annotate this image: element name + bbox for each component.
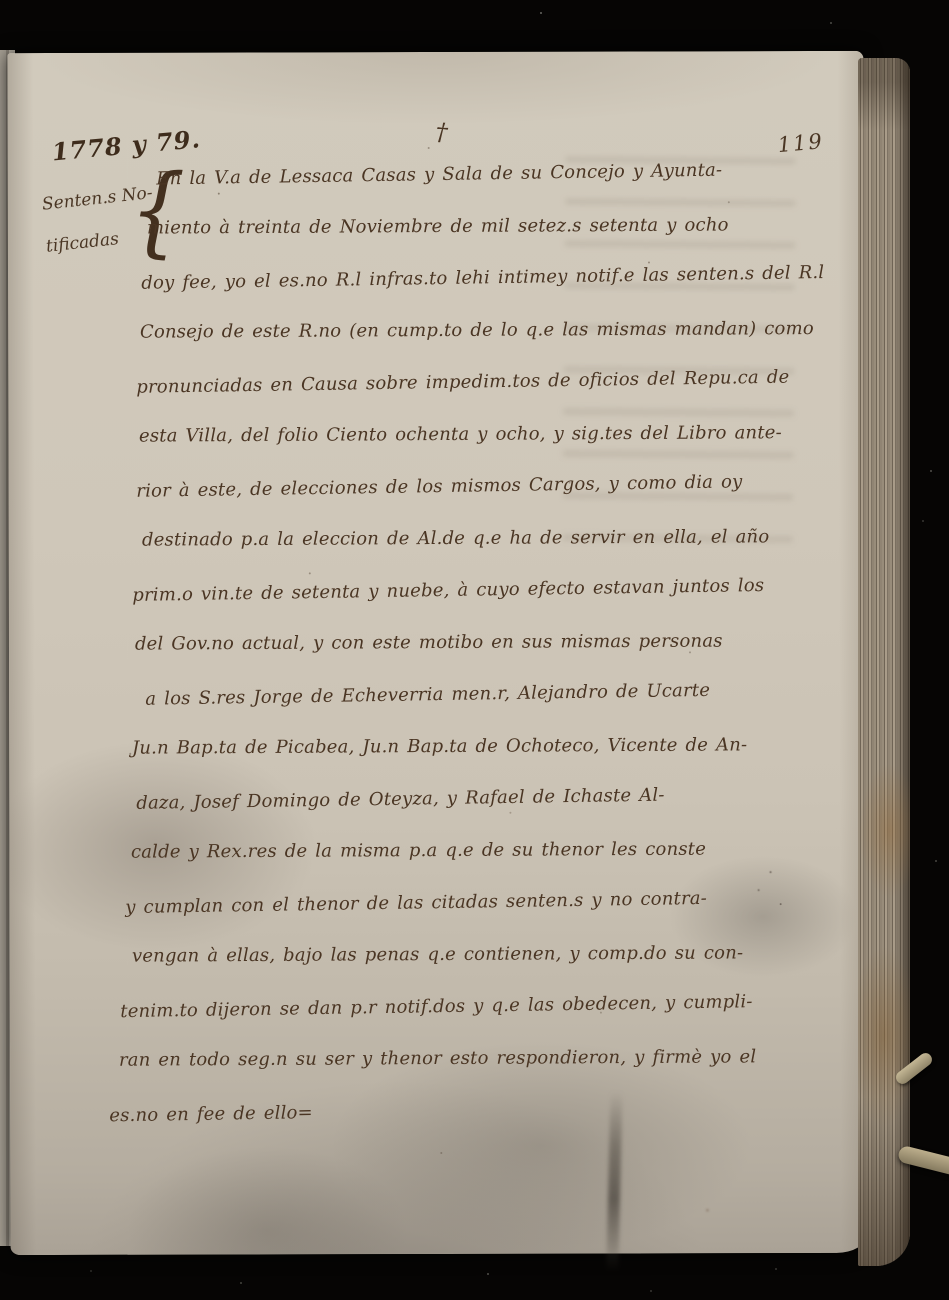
manuscript-line: doy fee, yo el es.no R.l infras.to lehi … xyxy=(101,263,782,326)
manuscript-line: esta Villa, del folio Ciento ochenta y o… xyxy=(103,422,783,478)
manuscript-line: En la V.a de Lessaca Casas y Sala de su … xyxy=(100,159,781,222)
manuscript-line: del Gov.no actual, y con este motibo en … xyxy=(105,630,785,686)
manuscript-line: tenim.to dijeron se dan p.r notif.dos y … xyxy=(108,991,789,1054)
book-fore-edge xyxy=(858,58,910,1266)
manuscript-line: Ju.n Bap.ta de Picabea, Ju.n Bap.ta de O… xyxy=(106,734,786,790)
manuscript-line: ran en todo seg.n su ser y thenor esto r… xyxy=(109,1046,789,1102)
manuscript-line: y cumplan con el thenor de las citadas s… xyxy=(107,887,788,950)
manuscript-line: a los S.res Jorge de Echeverria men.r, A… xyxy=(105,679,786,742)
manuscript-line: es.no en fee de ello= xyxy=(109,1095,790,1158)
manuscript-line: calde y Rex.res de la misma p.a q.e de s… xyxy=(107,838,787,894)
invocation-cross-mark: † xyxy=(435,118,449,147)
manuscript-line: destinado p.a la eleccion de Al.de q.e h… xyxy=(104,526,784,582)
manuscript-line: Consejo de este R.no (en cump.to de lo q… xyxy=(102,318,782,374)
manuscript-line: pronunciadas en Causa sobre impedim.tos … xyxy=(102,367,783,430)
dust-specks xyxy=(0,0,2,2)
manuscript-line: prim.o vin.te de setenta y nuebe, à cuyo… xyxy=(104,575,785,638)
ink-flecks xyxy=(7,53,9,55)
manuscript-body: En la V.a de Lessaca Casas y Sala de su … xyxy=(100,161,789,1155)
manuscript-line: miento à treinta de Noviembre de mil set… xyxy=(101,214,781,270)
manuscript-line: vengan à ellas, bajo las penas q.e conti… xyxy=(108,942,788,998)
manuscript-photo: 1778 y 79. † 119 Senten.s No- tificadas … xyxy=(0,0,949,1300)
manuscript-line: daza, Josef Domingo de Oteyza, y Rafael … xyxy=(106,783,787,846)
manuscript-line: rior à este, de elecciones de los mismos… xyxy=(103,471,784,534)
folio-number: 119 xyxy=(777,129,825,157)
manuscript-page: 1778 y 79. † 119 Senten.s No- tificadas … xyxy=(7,51,866,1255)
